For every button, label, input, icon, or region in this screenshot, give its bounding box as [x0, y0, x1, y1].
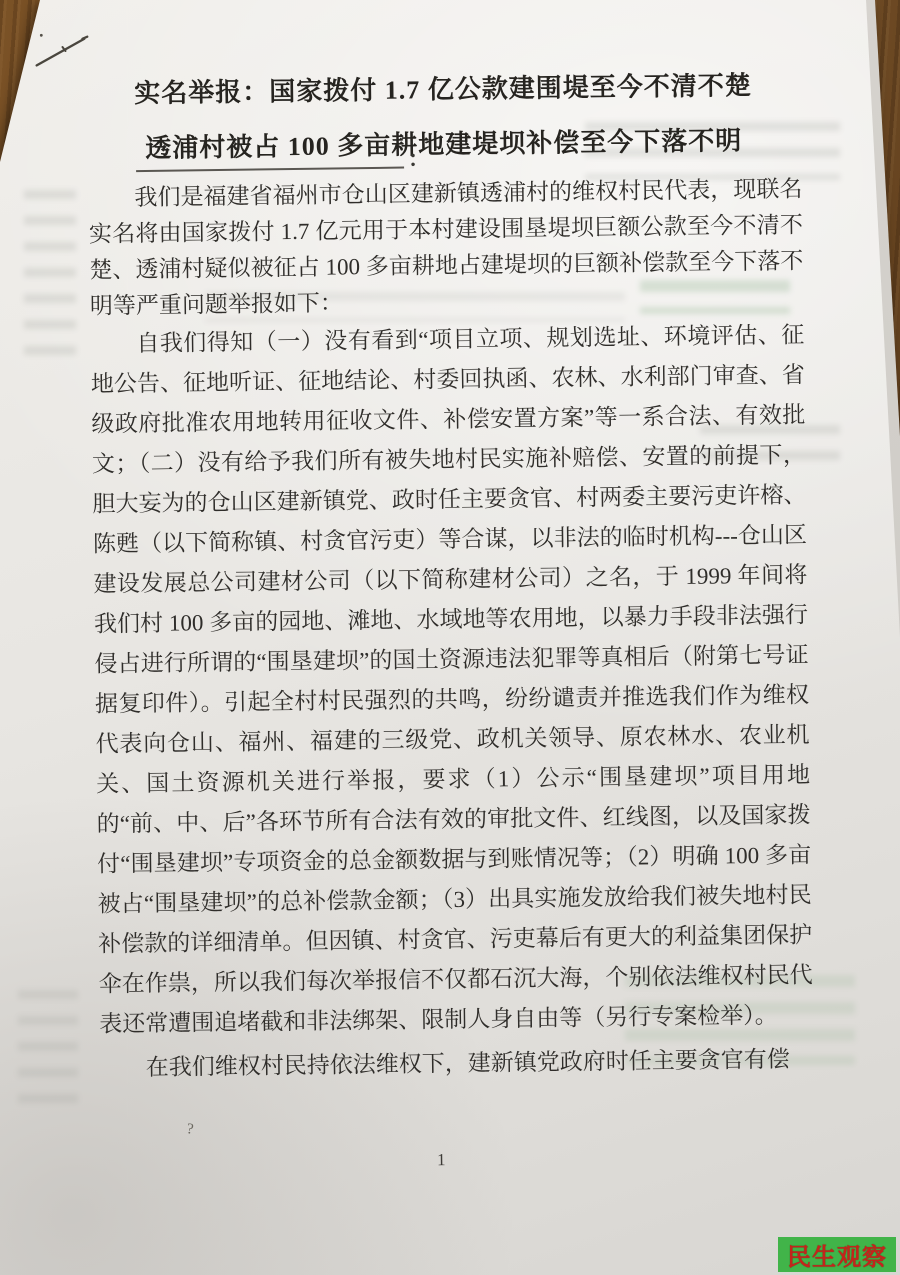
paragraph-closing: 在我们维权村民持依法维权下，建新镇党政府时任主要贪官有偿	[100, 1037, 815, 1090]
report-body: 我们是福建省福州市仓山区建新镇透浦村的维权村民代表，现联名实名将由国家拨付 1.…	[88, 171, 814, 1090]
report-title-line1: 实名举报：国家拨付 1.7 亿公款建围堤至今不清不楚	[85, 57, 802, 121]
minsheng-guancha-watermark: 民生观察	[778, 1237, 896, 1272]
photo-of-document: 实名举报：国家拨付 1.7 亿公款建围堤至今不清不楚 透浦村被占 100 多亩耕…	[0, 0, 900, 1275]
salutation-colon: ：	[408, 142, 430, 173]
paragraph-main: 自我们得知（一）没有看到“项目立项、规划选址、环境评估、征地公告、征地听证、征地…	[90, 315, 813, 1044]
pen-question-mark: ?	[186, 1121, 195, 1139]
document-text-layer: 实名举报：国家拨付 1.7 亿公款建围堤至今不清不楚 透浦村被占 100 多亩耕…	[0, 0, 900, 1275]
paragraph-intro: 我们是福建省福州市仓山区建新镇透浦村的维权村民代表，现联名实名将由国家拨付 1.…	[88, 171, 804, 324]
addressee-blank: ：	[136, 140, 456, 178]
handwritten-slash-mark	[32, 27, 97, 70]
blank-underline	[136, 167, 404, 173]
page-number: 1	[437, 1150, 446, 1170]
